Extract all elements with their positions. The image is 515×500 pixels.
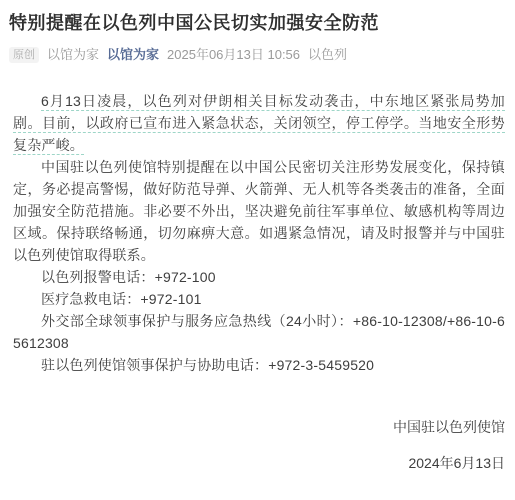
contact-mfa-hotline: 外交部全球领事保护与服务应急热线（24小时）：+86-10-12308/+86-… — [13, 310, 505, 354]
article-body: 6月13日凌晨，以色列对伊朗相关目标发动袭击，中东地区紧张局势加剧。目前，以政府… — [13, 90, 505, 474]
paragraph-situation: 6月13日凌晨，以色列对伊朗相关目标发动袭击，中东地区紧张局势加剧。目前，以政府… — [13, 90, 505, 156]
contact-medical-phone: 医疗急救电话：+972-101 — [13, 288, 505, 310]
contact-police-phone: 以色列报警电话：+972-100 — [13, 266, 505, 288]
signature: 中国驻以色列使馆 — [13, 416, 505, 438]
paragraph-advice: 中国驻以色列使馆特别提醒在以中国公民密切关注形势发展变化，保持镇定，务必提高警惕… — [13, 156, 505, 266]
page-title: 特别提醒在以色列中国公民切实加强安全防范 — [9, 10, 505, 36]
contact-embassy-phone: 驻以色列使馆领事保护与协助电话：+972-3-5459520 — [13, 354, 505, 376]
author-name: 以馆为家 — [47, 46, 99, 64]
article-page: 特别提醒在以色列中国公民切实加强安全防范 原创 以馆为家 以馆为家 2025年0… — [0, 0, 515, 474]
article-meta: 原创 以馆为家 以馆为家 2025年06月13日 10:56 以色列 — [9, 46, 505, 64]
signature-date: 2024年6月13日 — [13, 452, 505, 474]
publish-datetime: 2025年06月13日 10:56 — [167, 46, 300, 64]
account-name-link[interactable]: 以馆为家 — [107, 46, 159, 64]
article-footer: 中国驻以色列使馆 2024年6月13日 — [13, 416, 505, 474]
original-badge: 原创 — [9, 47, 39, 63]
publish-location: 以色列 — [308, 46, 347, 64]
